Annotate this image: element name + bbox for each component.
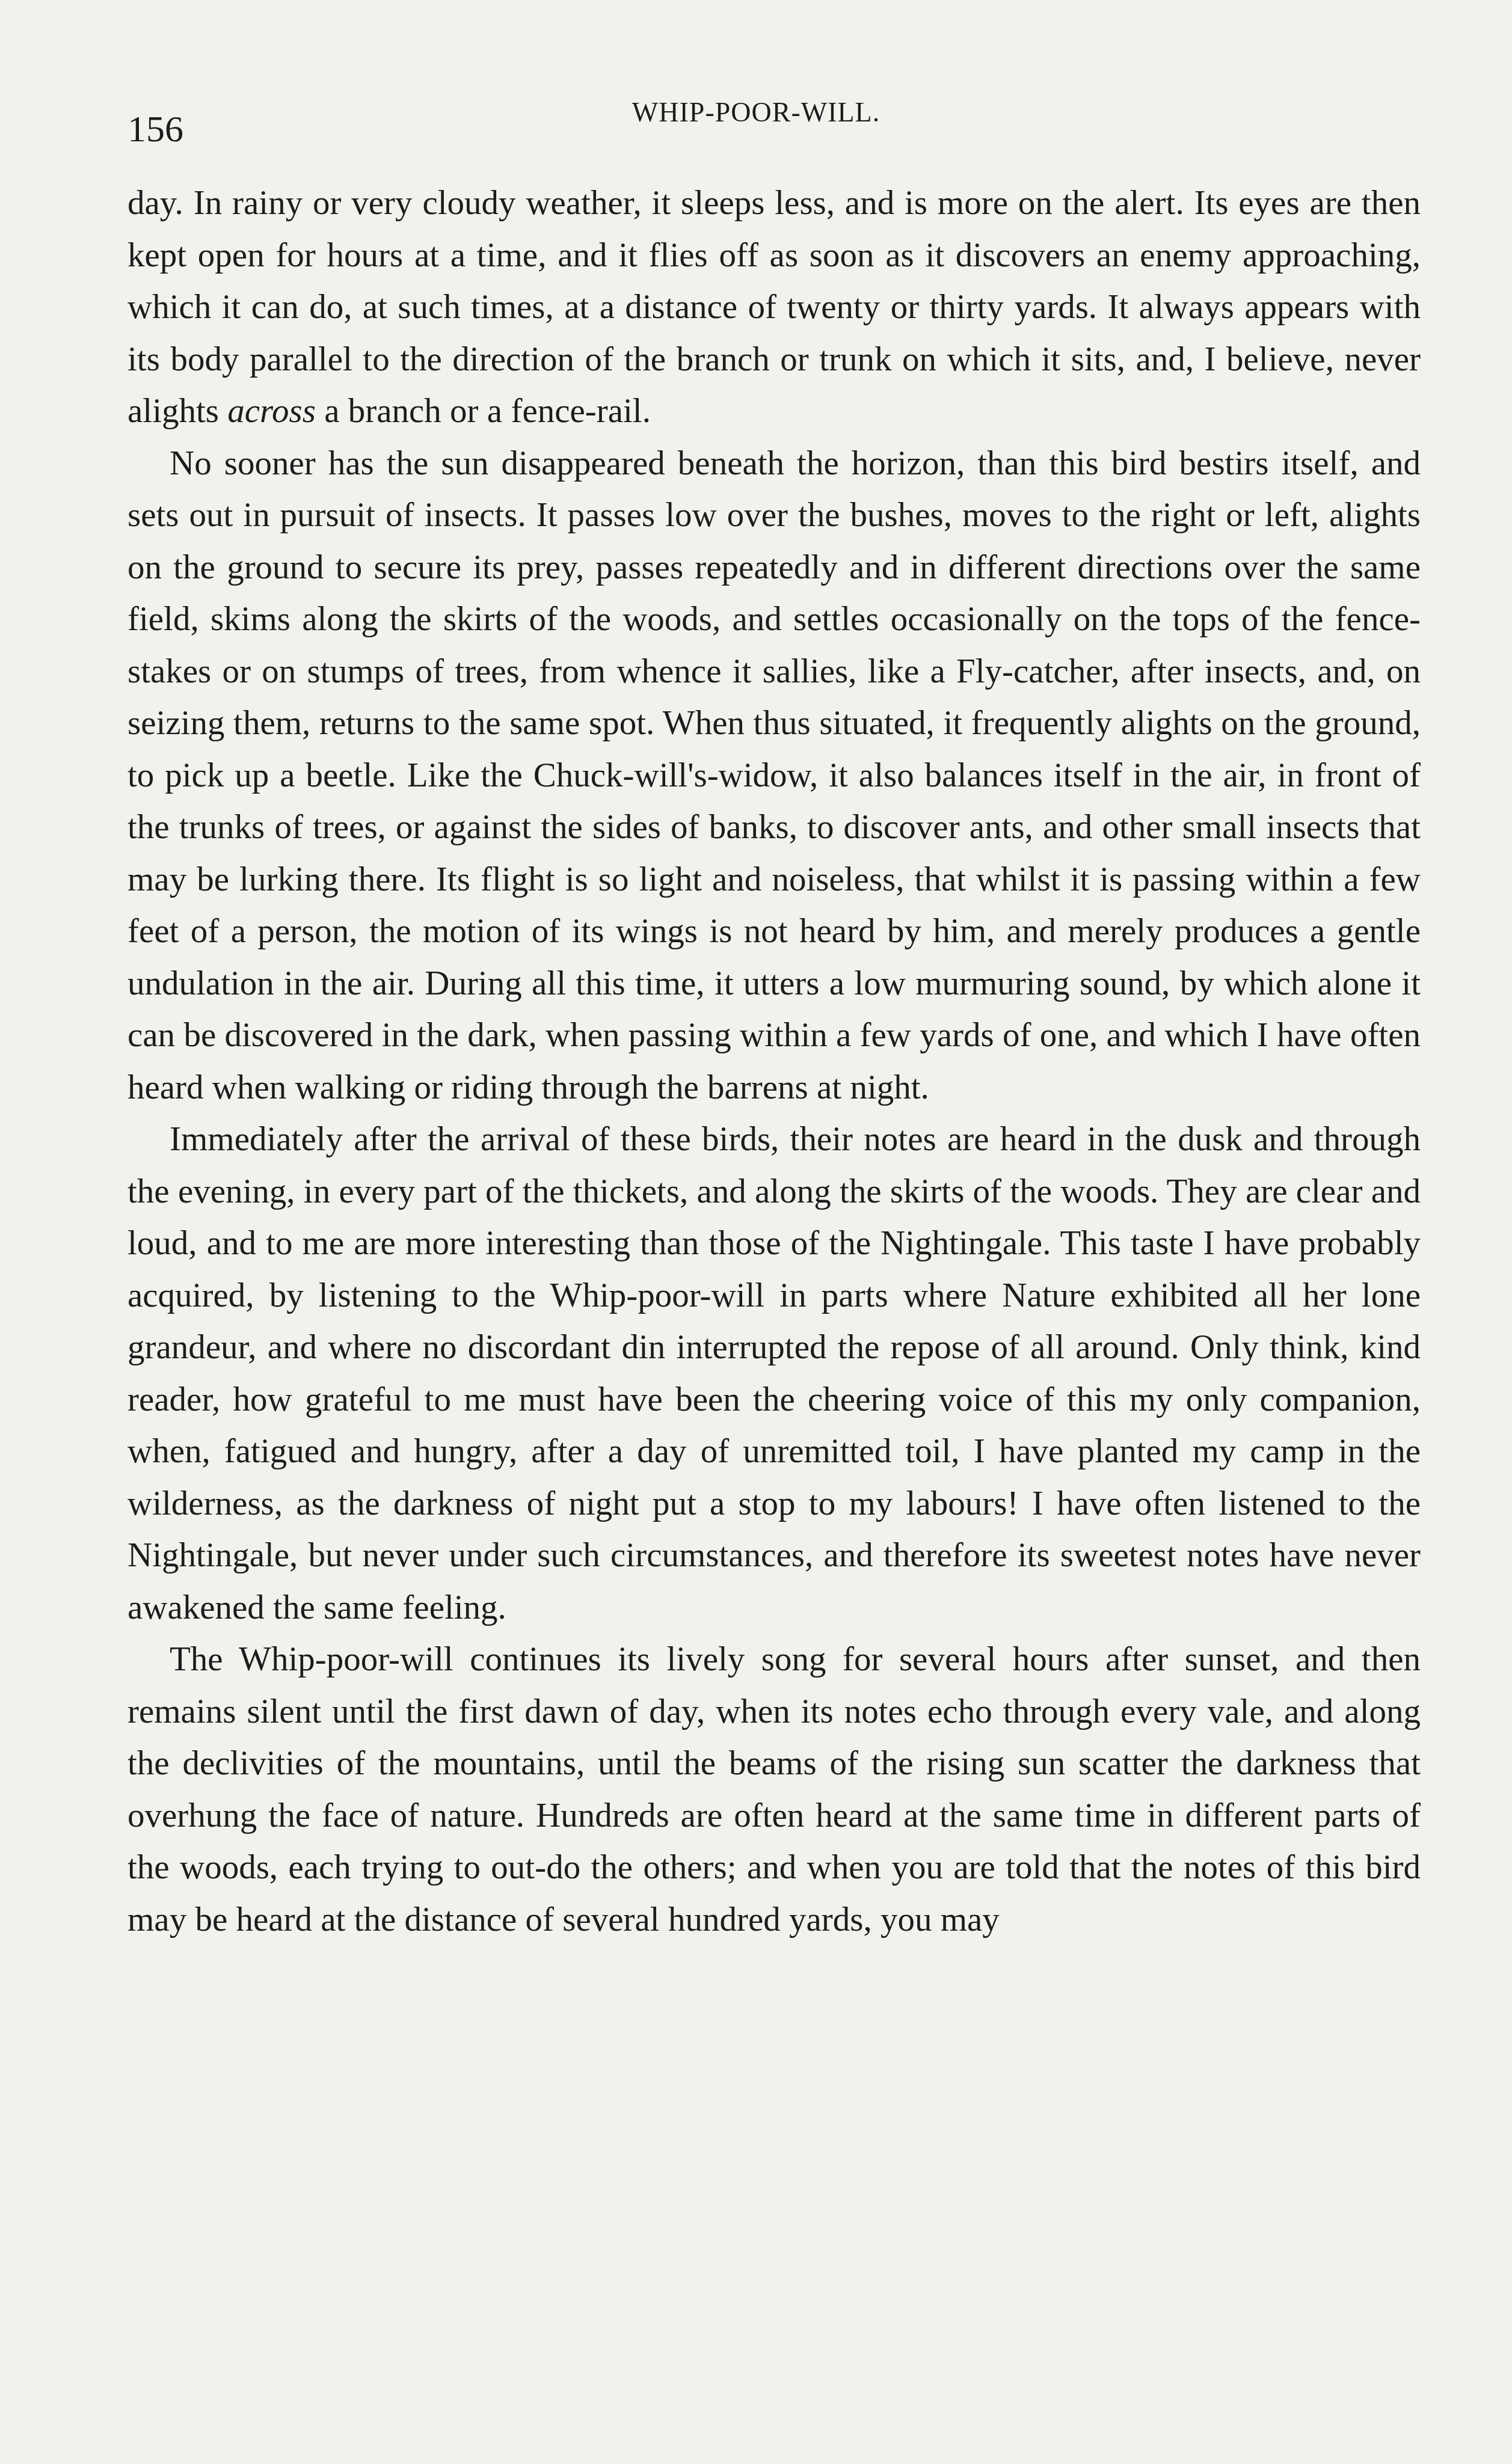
paragraph-4: The Whip-poor-will continues its lively … (128, 1634, 1421, 1946)
paragraph-3: Immediately after the arrival of these b… (128, 1114, 1421, 1634)
paragraph-2: No sooner has the sun disappeared beneat… (128, 438, 1421, 1114)
body-text: day. In rainy or very cloudy weather, it… (128, 177, 1421, 1946)
paragraph-1: day. In rainy or very cloudy weather, it… (128, 177, 1421, 438)
italic-word: across (227, 392, 316, 430)
paragraph-text: a branch or a fence-rail. (316, 392, 651, 430)
running-head: WHIP-POOR-WILL. (0, 96, 1512, 128)
